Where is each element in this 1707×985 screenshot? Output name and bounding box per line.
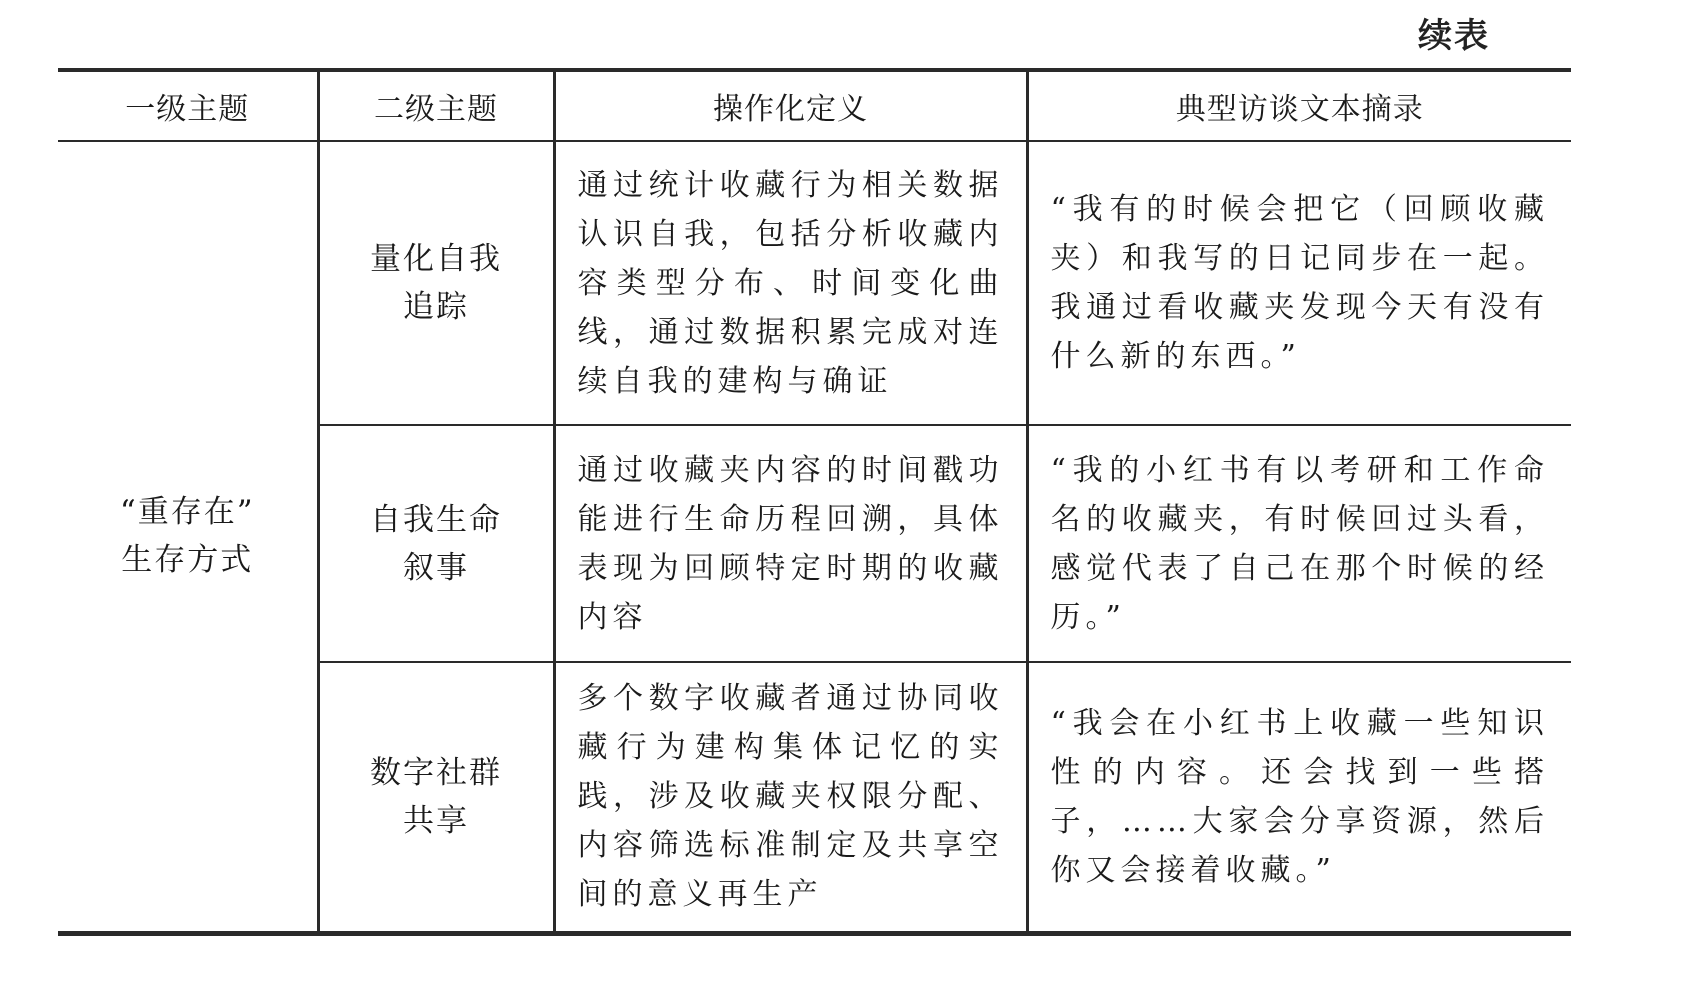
header-primary-theme: 一级主题 [58, 70, 318, 141]
definition-cell: 通过统计收藏行为相关数据认识自我，包括分析收藏内容类型分布、时间变化曲线，通过数… [554, 141, 1027, 425]
themes-table: 一级主题 二级主题 操作化定义 典型访谈文本摘录 “重存在” 生存方式 量化自我… [58, 68, 1571, 936]
secondary-theme-cell: 量化自我 追踪 [318, 141, 554, 425]
primary-theme-cell: “重存在” 生存方式 [58, 141, 318, 933]
quote-cell: “我会在小红书上收藏一些知识性的内容。还会找到一些搭子，……大家会分享资源，然后… [1027, 662, 1571, 933]
definition-cell: 多个数字收藏者通过协同收藏行为建构集体记忆的实践，涉及收藏夹权限分配、内容筛选标… [554, 662, 1027, 933]
secondary-theme-line2: 叙事 [320, 544, 553, 592]
secondary-theme-cell: 自我生命 叙事 [318, 425, 554, 662]
secondary-theme-line1: 量化自我 [320, 235, 553, 283]
table-header-row: 一级主题 二级主题 操作化定义 典型访谈文本摘录 [58, 70, 1571, 141]
header-operational-definition: 操作化定义 [554, 70, 1027, 141]
table-row: “重存在” 生存方式 量化自我 追踪 通过统计收藏行为相关数据认识自我，包括分析… [58, 141, 1571, 425]
secondary-theme-line2: 共享 [320, 797, 553, 845]
header-interview-excerpt: 典型访谈文本摘录 [1027, 70, 1571, 141]
table-continued-caption: 续表 [1418, 8, 1490, 57]
header-secondary-theme: 二级主题 [318, 70, 554, 141]
secondary-theme-line1: 数字社群 [320, 749, 553, 797]
definition-cell: 通过收藏夹内容的时间戳功能进行生命历程回溯，具体表现为回顾特定时期的收藏内容 [554, 425, 1027, 662]
primary-theme-line2: 生存方式 [58, 536, 317, 584]
quote-cell: “我的小红书有以考研和工作命名的收藏夹，有时候回过头看，感觉代表了自己在那个时候… [1027, 425, 1571, 662]
primary-theme-line1: “重存在” [58, 488, 317, 536]
secondary-theme-line2: 追踪 [320, 283, 553, 331]
quote-cell: “我有的时候会把它（回顾收藏夹）和我写的日记同步在一起。我通过看收藏夹发现今天有… [1027, 141, 1571, 425]
secondary-theme-cell: 数字社群 共享 [318, 662, 554, 933]
secondary-theme-line1: 自我生命 [320, 496, 553, 544]
